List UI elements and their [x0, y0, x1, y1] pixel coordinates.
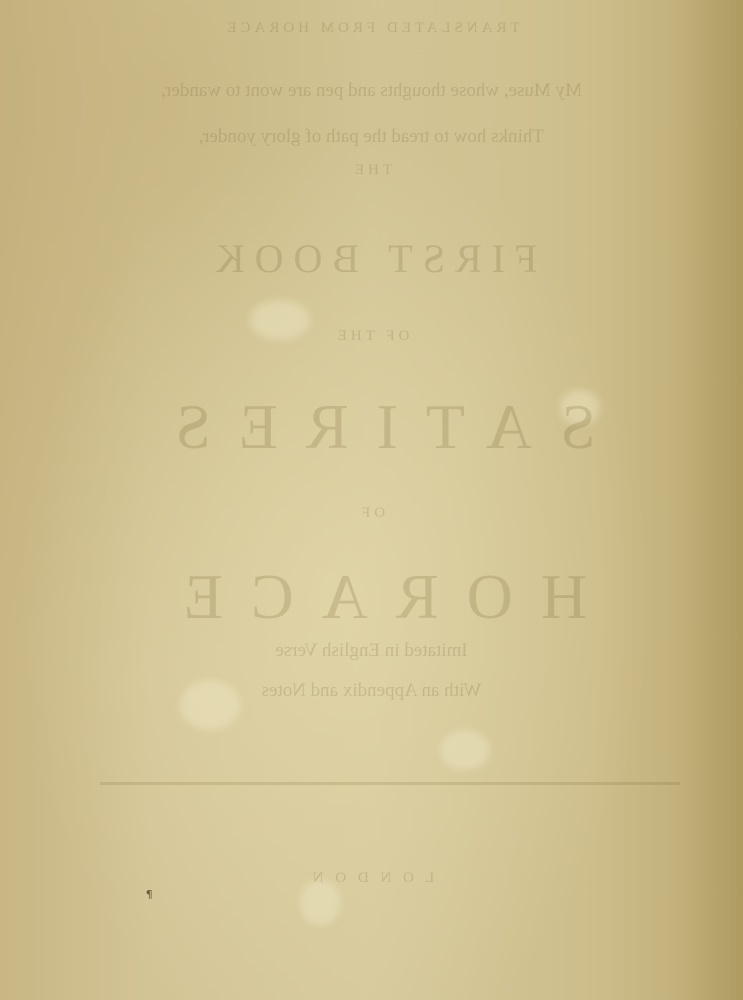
ghost-title-the: THE: [0, 162, 743, 179]
ghost-title-satires: SATIRES: [0, 390, 743, 464]
ghost-running-head: TRANSLATED FROM HORACE: [0, 20, 743, 37]
ghost-imprint: L O N D O N: [0, 870, 743, 887]
ghost-title-first-book: FIRST BOOK: [0, 235, 743, 282]
foxing-spot: [440, 730, 490, 770]
ghost-title-of-the: OF THE: [0, 328, 743, 345]
book-page: TRANSLATED FROM HORACE My Muse, whose th…: [0, 0, 743, 1000]
ghost-lower-line: Imitated in English Verse: [0, 640, 743, 662]
ghost-verse-line: Thinks how to tread the path of glory yo…: [0, 126, 743, 148]
ghost-title-of: OF: [0, 505, 743, 522]
ghost-title-horace: HORACE: [0, 560, 743, 634]
library-stamp-mark: ¶: [146, 890, 160, 916]
ghost-rule: [100, 782, 680, 785]
gutter-shadow: [673, 0, 743, 1000]
ghost-verse-line: My Muse, whose thoughts and pen are wont…: [0, 80, 743, 102]
ghost-lower-line: With an Appendix and Notes: [0, 680, 743, 702]
